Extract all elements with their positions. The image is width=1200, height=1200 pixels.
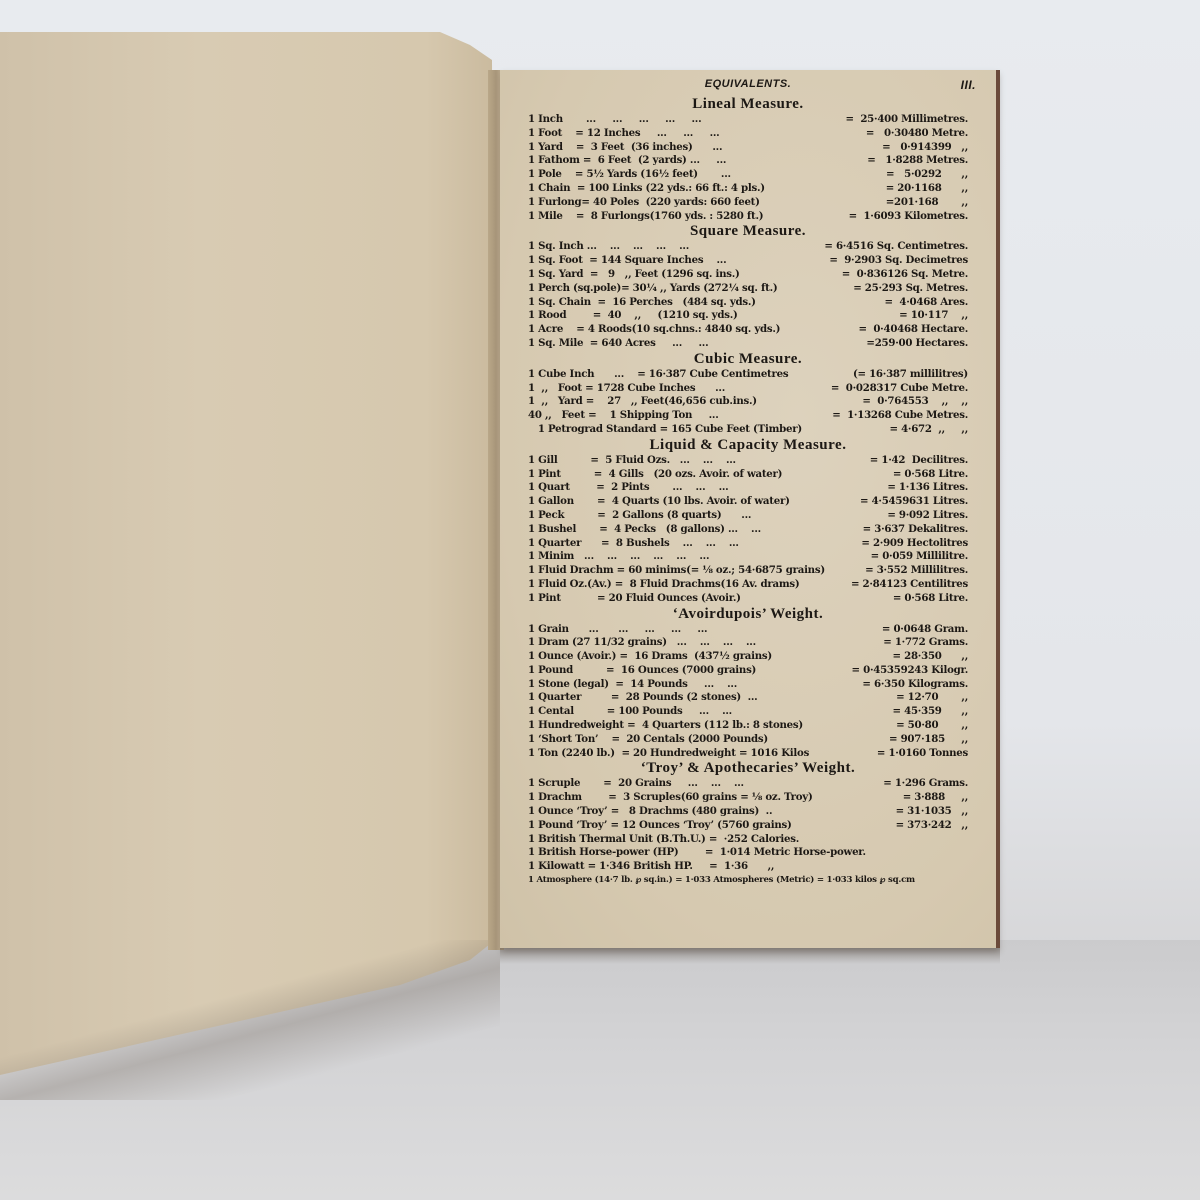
unit-definition: 1 Cube Inch ... = 16·387 Cube Centimetre… bbox=[528, 368, 853, 382]
unit-definition: 1 Drachm = 3 Scruples(60 grains = ⅛ oz. … bbox=[528, 791, 903, 805]
metric-equivalent: = 0·914399 ,, bbox=[882, 141, 968, 155]
metric-equivalent: = 3·888 ,, bbox=[903, 791, 968, 805]
metric-equivalent: = 50·80 ,, bbox=[896, 719, 968, 733]
conversion-row: 1 Inch ... ... ... ... ...= 25·400 Milli… bbox=[528, 113, 968, 127]
footer-text: 1 Kilowatt = 1·346 British HP. = 1·36 ,, bbox=[528, 860, 968, 874]
unit-definition: 1 Sq. Mile = 640 Acres ... ... bbox=[528, 337, 866, 351]
metric-equivalent: =201·168 ,, bbox=[886, 196, 968, 210]
conversion-row: 1 Grain ... ... ... ... ...= 0·0648 Gram… bbox=[528, 623, 968, 637]
header-title: EQUIVALENTS. bbox=[705, 78, 791, 90]
section: Square Measure.1 Sq. Inch ... ... ... ..… bbox=[528, 223, 968, 350]
unit-definition: 1 Sq. Yard = 9 ,, Feet (1296 sq. ins.) bbox=[528, 268, 842, 282]
metric-equivalent: =259·00 Hectares. bbox=[866, 337, 968, 351]
footer-text: 1 British Thermal Unit (B.Th.U.) = ·252 … bbox=[528, 833, 968, 847]
conversion-row: 1 Sq. Mile = 640 Acres ... ...=259·00 He… bbox=[528, 337, 968, 351]
conversion-row: 1 Quarter = 8 Bushels ... ... ...= 2·909… bbox=[528, 537, 968, 551]
unit-definition: 1 Ounce (Avoir.) = 16 Drams (437½ grains… bbox=[528, 650, 893, 664]
unit-definition: 1 Mile = 8 Furlongs(1760 yds. : 5280 ft.… bbox=[528, 210, 849, 224]
metric-equivalent: = 10·117 ,, bbox=[899, 309, 968, 323]
metric-equivalent: = 3·552 Millilitres. bbox=[865, 564, 968, 578]
unit-definition: 1 Quarter = 8 Bushels ... ... ... bbox=[528, 537, 861, 551]
unit-definition: 1 Dram (27 11/32 grains) ... ... ... ... bbox=[528, 636, 883, 650]
conversion-row: 1 Cental = 100 Pounds ... ...= 45·359 ,, bbox=[528, 705, 968, 719]
conversion-row: 40 ,, Feet = 1 Shipping Ton ...= 1·13268… bbox=[528, 409, 968, 423]
metric-equivalent: = 0·764553 ,, ,, bbox=[862, 395, 968, 409]
metric-equivalent: = 0·568 Litre. bbox=[893, 592, 968, 606]
conversion-row: 1 Peck = 2 Gallons (8 quarts) ...= 9·092… bbox=[528, 509, 968, 523]
section-title: ‘Troy’ & Apothecaries’ Weight. bbox=[528, 760, 968, 777]
conversion-row: 1 Sq. Foot = 144 Square Inches ...= 9·29… bbox=[528, 254, 968, 268]
unit-definition: 1 Cental = 100 Pounds ... ... bbox=[528, 705, 893, 719]
metric-equivalent: = 373·242 ,, bbox=[896, 819, 968, 833]
conversion-row: 1 Ounce ‘Troy’ = 8 Drachms (480 grains) … bbox=[528, 805, 968, 819]
metric-equivalent: = 907·185 ,, bbox=[889, 733, 968, 747]
unit-definition: 1 ‘Short Ton’ = 20 Centals (2000 Pounds) bbox=[528, 733, 889, 747]
unit-definition: 1 ,, Yard = 27 ,, Feet(46,656 cub.ins.) bbox=[528, 395, 862, 409]
unit-definition: 1 Inch ... ... ... ... ... bbox=[528, 113, 845, 127]
conversion-row: 1 Gill = 5 Fluid Ozs. ... ... ...= 1·42 … bbox=[528, 454, 968, 468]
unit-definition: 1 Furlong= 40 Poles (220 yards: 660 feet… bbox=[528, 196, 886, 210]
metric-equivalent: = 1·296 Grams. bbox=[883, 777, 968, 791]
unit-definition: 1 Fathom = 6 Feet (2 yards) ... ... bbox=[528, 154, 867, 168]
unit-definition: 1 Bushel = 4 Pecks (8 gallons) ... ... bbox=[528, 523, 863, 537]
unit-definition: 1 Peck = 2 Gallons (8 quarts) ... bbox=[528, 509, 887, 523]
metric-equivalent: = 0·0648 Gram. bbox=[882, 623, 968, 637]
metric-equivalent: = 0·836126 Sq. Metre. bbox=[842, 268, 968, 282]
unit-definition: 1 Hundredweight = 4 Quarters (112 lb.: 8… bbox=[528, 719, 896, 733]
metric-equivalent: = 4·0468 Ares. bbox=[885, 296, 968, 310]
left-page-shadow bbox=[0, 940, 500, 1100]
metric-equivalent: = 31·1035 ,, bbox=[896, 805, 968, 819]
unit-definition: 1 Grain ... ... ... ... ... bbox=[528, 623, 882, 637]
unit-definition: 1 Fluid Oz.(Av.) = 8 Fluid Drachms(16 Av… bbox=[528, 578, 851, 592]
unit-definition: 1 Gill = 5 Fluid Ozs. ... ... ... bbox=[528, 454, 870, 468]
unit-definition: 1 Pole = 5½ Yards (16½ feet) ... bbox=[528, 168, 886, 182]
conversion-row: 1 Mile = 8 Furlongs(1760 yds. : 5280 ft.… bbox=[528, 210, 968, 224]
footer-row: 1 British Thermal Unit (B.Th.U.) = ·252 … bbox=[528, 833, 968, 847]
conversion-row: 1 Quarter = 28 Pounds (2 stones) ...= 12… bbox=[528, 691, 968, 705]
metric-equivalent: = 1·8288 Metres. bbox=[867, 154, 968, 168]
conversion-row: 1 Chain = 100 Links (22 yds.: 66 ft.: 4 … bbox=[528, 182, 968, 196]
conversion-row: 1 Gallon = 4 Quarts (10 lbs. Avoir. of w… bbox=[528, 495, 968, 509]
section: Liquid & Capacity Measure.1 Gill = 5 Flu… bbox=[528, 437, 968, 606]
unit-definition: 1 Ounce ‘Troy’ = 8 Drachms (480 grains) … bbox=[528, 805, 896, 819]
conversion-row: 1 Pint = 20 Fluid Ounces (Avoir.)= 0·568… bbox=[528, 592, 968, 606]
metric-equivalent: = 1·6093 Kilometres. bbox=[849, 210, 968, 224]
conversion-row: 1 Dram (27 11/32 grains) ... ... ... ...… bbox=[528, 636, 968, 650]
metric-equivalent: = 45·359 ,, bbox=[893, 705, 968, 719]
conversion-row: 1 Hundredweight = 4 Quarters (112 lb.: 8… bbox=[528, 719, 968, 733]
unit-definition: 1 Pound ‘Troy’ = 12 Ounces ‘Troy’ (5760 … bbox=[528, 819, 896, 833]
conversion-row: 1 Fathom = 6 Feet (2 yards) ... ...= 1·8… bbox=[528, 154, 968, 168]
metric-equivalent: = 1·136 Litres. bbox=[887, 481, 968, 495]
page-shadow bbox=[500, 948, 1000, 964]
metric-equivalent: = 28·350 ,, bbox=[893, 650, 968, 664]
conversion-row: 1 Sq. Chain = 16 Perches (484 sq. yds.)=… bbox=[528, 296, 968, 310]
metric-equivalent: = 0·40468 Hectare. bbox=[858, 323, 968, 337]
section: ‘Troy’ & Apothecaries’ Weight.1 Scruple … bbox=[528, 760, 968, 832]
metric-equivalent: = 0·059 Millilitre. bbox=[871, 550, 968, 564]
unit-definition: 1 Pint = 4 Gills (20 ozs. Avoir. of wate… bbox=[528, 468, 893, 482]
page-number: III. bbox=[961, 78, 976, 92]
conversion-row: 1 ,, Yard = 27 ,, Feet(46,656 cub.ins.)=… bbox=[528, 395, 968, 409]
conversion-row: 1 Rood = 40 ,, (1210 sq. yds.)= 10·117 ,… bbox=[528, 309, 968, 323]
metric-equivalent: = 0·30480 Metre. bbox=[866, 127, 968, 141]
conversion-row: 1 Sq. Yard = 9 ,, Feet (1296 sq. ins.)= … bbox=[528, 268, 968, 282]
left-page-blank bbox=[0, 0, 500, 1080]
footer-conversions: 1 British Thermal Unit (B.Th.U.) = ·252 … bbox=[528, 833, 968, 888]
unit-definition: 1 Ton (2240 lb.) = 20 Hundredweight = 10… bbox=[528, 747, 877, 761]
section-title: Liquid & Capacity Measure. bbox=[528, 437, 968, 454]
conversion-row: 1 Pint = 4 Gills (20 ozs. Avoir. of wate… bbox=[528, 468, 968, 482]
conversion-row: 1 Perch (sq.pole)= 30¼ ,, Yards (272¼ sq… bbox=[528, 282, 968, 296]
section-title: Cubic Measure. bbox=[528, 351, 968, 368]
metric-equivalent: = 25·293 Sq. Metres. bbox=[853, 282, 968, 296]
conversion-row: 1 Ounce (Avoir.) = 16 Drams (437½ grains… bbox=[528, 650, 968, 664]
conversion-row: 1 Ton (2240 lb.) = 20 Hundredweight = 10… bbox=[528, 747, 968, 761]
unit-definition: 1 Pint = 20 Fluid Ounces (Avoir.) bbox=[528, 592, 893, 606]
conversion-row: 1 Cube Inch ... = 16·387 Cube Centimetre… bbox=[528, 368, 968, 382]
section-title: Lineal Measure. bbox=[528, 96, 968, 113]
conversion-row: 1 Fluid Oz.(Av.) = 8 Fluid Drachms(16 Av… bbox=[528, 578, 968, 592]
footer-text: 1 British Horse-power (HP) = 1·014 Metri… bbox=[528, 846, 968, 860]
unit-definition: 1 Scruple = 20 Grains ... ... ... bbox=[528, 777, 883, 791]
unit-definition: 1 Fluid Drachm = 60 minims(= ⅛ oz.; 54·6… bbox=[528, 564, 865, 578]
unit-definition: 1 Foot = 12 Inches ... ... ... bbox=[528, 127, 866, 141]
metric-equivalent: = 2·84123 Centilitres bbox=[851, 578, 968, 592]
section: Cubic Measure.1 Cube Inch ... = 16·387 C… bbox=[528, 351, 968, 437]
conversion-row: 1 Petrograd Standard = 165 Cube Feet (Ti… bbox=[528, 423, 968, 437]
unit-definition: 1 Pound = 16 Ounces (7000 grains) bbox=[528, 664, 852, 678]
footer-row: 1 British Horse-power (HP) = 1·014 Metri… bbox=[528, 846, 968, 860]
conversion-row: 1 Yard = 3 Feet (36 inches) ...= 0·91439… bbox=[528, 141, 968, 155]
unit-definition: 1 Quarter = 28 Pounds (2 stones) ... bbox=[528, 691, 896, 705]
unit-definition: 1 Sq. Inch ... ... ... ... ... bbox=[528, 240, 824, 254]
page-header: EQUIVALENTS. III. bbox=[528, 78, 968, 96]
conversion-row: 1 Quart = 2 Pints ... ... ...= 1·136 Lit… bbox=[528, 481, 968, 495]
footer-text: 1 Atmosphere (14·7 lb. ℘ sq.in.) = 1·033… bbox=[528, 874, 968, 888]
conversion-row: 1 Pole = 5½ Yards (16½ feet) ...= 5·0292… bbox=[528, 168, 968, 182]
unit-definition: 40 ,, Feet = 1 Shipping Ton ... bbox=[528, 409, 832, 423]
metric-equivalent: = 2·909 Hectolitres bbox=[861, 537, 968, 551]
conversion-row: 1 Scruple = 20 Grains ... ... ...= 1·296… bbox=[528, 777, 968, 791]
unit-definition: 1 ,, Foot = 1728 Cube Inches ... bbox=[528, 382, 831, 396]
unit-definition: 1 Chain = 100 Links (22 yds.: 66 ft.: 4 … bbox=[528, 182, 886, 196]
book-cover-edge bbox=[996, 70, 1000, 948]
metric-equivalent: = 6·4516 Sq. Centimetres. bbox=[824, 240, 968, 254]
conversion-row: 1 ,, Foot = 1728 Cube Inches ...= 0·0283… bbox=[528, 382, 968, 396]
conversion-row: 1 ‘Short Ton’ = 20 Centals (2000 Pounds)… bbox=[528, 733, 968, 747]
sections: Lineal Measure.1 Inch ... ... ... ... ..… bbox=[528, 96, 968, 833]
metric-equivalent: = 9·2903 Sq. Decimetres bbox=[829, 254, 968, 268]
metric-equivalent: = 0·45359243 Kilogr. bbox=[852, 664, 968, 678]
metric-equivalent: = 1·13268 Cube Metres. bbox=[832, 409, 968, 423]
unit-definition: 1 Minim ... ... ... ... ... ... bbox=[528, 550, 871, 564]
conversion-row: 1 Foot = 12 Inches ... ... ...= 0·30480 … bbox=[528, 127, 968, 141]
metric-equivalent: = 9·092 Litres. bbox=[887, 509, 968, 523]
unit-definition: 1 Rood = 40 ,, (1210 sq. yds.) bbox=[528, 309, 899, 323]
metric-equivalent: = 0·568 Litre. bbox=[893, 468, 968, 482]
conversion-row: 1 Bushel = 4 Pecks (8 gallons) ... ...= … bbox=[528, 523, 968, 537]
metric-equivalent: = 0·028317 Cube Metre. bbox=[831, 382, 968, 396]
metric-equivalent: = 1·0160 Tonnes bbox=[877, 747, 968, 761]
conversion-row: 1 Sq. Inch ... ... ... ... ...= 6·4516 S… bbox=[528, 240, 968, 254]
section-title: Square Measure. bbox=[528, 223, 968, 240]
section: Lineal Measure.1 Inch ... ... ... ... ..… bbox=[528, 96, 968, 223]
metric-equivalent: = 6·350 Kilograms. bbox=[862, 678, 968, 692]
metric-equivalent: = 1·772 Grams. bbox=[883, 636, 968, 650]
conversion-row: 1 Drachm = 3 Scruples(60 grains = ⅛ oz. … bbox=[528, 791, 968, 805]
conversion-row: 1 Pound = 16 Ounces (7000 grains)= 0·453… bbox=[528, 664, 968, 678]
metric-equivalent: = 25·400 Millimetres. bbox=[845, 113, 968, 127]
unit-definition: 1 Acre = 4 Roods(10 sq.chns.: 4840 sq. y… bbox=[528, 323, 858, 337]
unit-definition: 1 Stone (legal) = 14 Pounds ... ... bbox=[528, 678, 862, 692]
conversion-row: 1 Acre = 4 Roods(10 sq.chns.: 4840 sq. y… bbox=[528, 323, 968, 337]
unit-definition: 1 Gallon = 4 Quarts (10 lbs. Avoir. of w… bbox=[528, 495, 860, 509]
metric-equivalent: (= 16·387 millilitres) bbox=[853, 368, 968, 382]
conversion-row: 1 Pound ‘Troy’ = 12 Ounces ‘Troy’ (5760 … bbox=[528, 819, 968, 833]
unit-definition: 1 Petrograd Standard = 165 Cube Feet (Ti… bbox=[528, 423, 890, 437]
metric-equivalent: = 3·637 Dekalitres. bbox=[863, 523, 968, 537]
unit-definition: 1 Yard = 3 Feet (36 inches) ... bbox=[528, 141, 882, 155]
conversion-row: 1 Minim ... ... ... ... ... ...= 0·059 M… bbox=[528, 550, 968, 564]
unit-definition: 1 Sq. Chain = 16 Perches (484 sq. yds.) bbox=[528, 296, 885, 310]
metric-equivalent: = 4·672 ,, ,, bbox=[890, 423, 969, 437]
metric-equivalent: = 4·5459631 Litres. bbox=[860, 495, 968, 509]
metric-equivalent: = 20·1168 ,, bbox=[886, 182, 968, 196]
unit-definition: 1 Sq. Foot = 144 Square Inches ... bbox=[528, 254, 829, 268]
footer-row: 1 Kilowatt = 1·346 British HP. = 1·36 ,, bbox=[528, 860, 968, 874]
metric-equivalent: = 12·70 ,, bbox=[896, 691, 968, 705]
conversion-row: 1 Stone (legal) = 14 Pounds ... ...= 6·3… bbox=[528, 678, 968, 692]
footer-row: 1 Atmosphere (14·7 lb. ℘ sq.in.) = 1·033… bbox=[528, 874, 968, 888]
unit-definition: 1 Perch (sq.pole)= 30¼ ,, Yards (272¼ sq… bbox=[528, 282, 853, 296]
equivalents-table: EQUIVALENTS. III. Lineal Measure.1 Inch … bbox=[528, 78, 968, 888]
conversion-row: 1 Furlong= 40 Poles (220 yards: 660 feet… bbox=[528, 196, 968, 210]
unit-definition: 1 Quart = 2 Pints ... ... ... bbox=[528, 481, 887, 495]
metric-equivalent: = 5·0292 ,, bbox=[886, 168, 968, 182]
metric-equivalent: = 1·42 Decilitres. bbox=[870, 454, 968, 468]
section-title: ‘Avoirdupois’ Weight. bbox=[528, 606, 968, 623]
section: ‘Avoirdupois’ Weight.1 Grain ... ... ...… bbox=[528, 606, 968, 761]
conversion-row: 1 Fluid Drachm = 60 minims(= ⅛ oz.; 54·6… bbox=[528, 564, 968, 578]
